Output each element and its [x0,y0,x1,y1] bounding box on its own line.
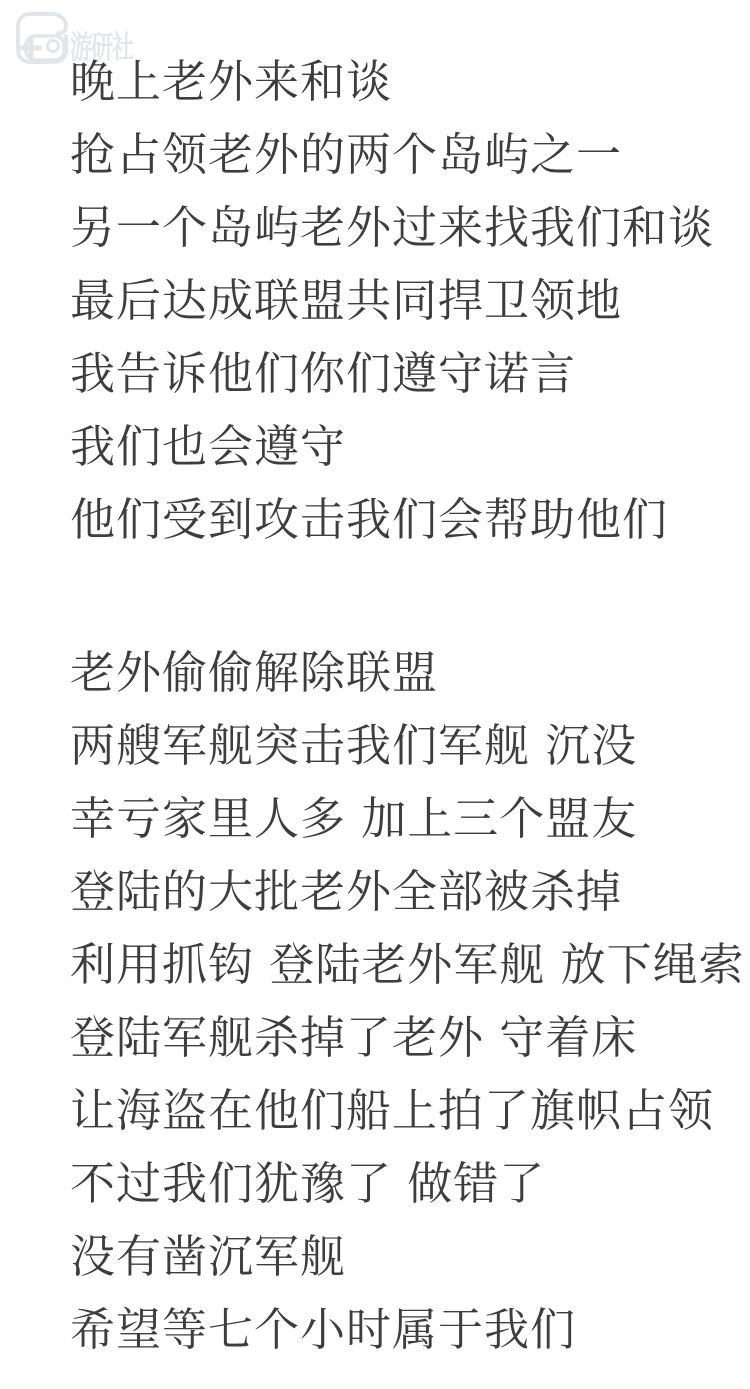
text-line: 让海盗在他们船上拍了旗帜占领 [70,1074,750,1147]
text-line: 两艘军舰突击我们军舰 沉没 [70,709,750,782]
gamepad-icon [16,10,70,66]
text-line: 晚上老外来和谈 [70,45,750,118]
text-line: 登陆军舰杀掉了老外 守着床 [70,1001,750,1074]
text-line: 最后达成联盟共同捍卫领地 [70,264,750,337]
text-line: 抢占领老外的两个岛屿之一 [70,118,750,191]
text-line: 老外偷偷解除联盟 [70,636,750,709]
note-text: 晚上老外来和谈抢占领老外的两个岛屿之一另一个岛屿老外过来找我们和谈最后达成联盟共… [70,45,750,1366]
text-line: 我告诉他们你们遵守诺言 [70,337,750,410]
text-line: 不过我们犹豫了 做错了 [70,1147,750,1220]
paragraph-1: 晚上老外来和谈抢占领老外的两个岛屿之一另一个岛屿老外过来找我们和谈最后达成联盟共… [70,45,750,556]
text-line: 没有凿沉军舰 [70,1220,750,1293]
paragraph-2: 老外偷偷解除联盟两艘军舰突击我们军舰 沉没幸亏家里人多 加上三个盟友登陆的大批老… [70,636,750,1366]
text-line: 利用抓钩 登陆老外军舰 放下绳索 [70,928,750,1001]
text-line: 另一个岛屿老外过来找我们和谈 [70,191,750,264]
text-line: 幸亏家里人多 加上三个盟友 [70,782,750,855]
text-line: 我们也会遵守 [70,410,750,483]
text-line: 登陆的大批老外全部被杀掉 [70,855,750,928]
text-line: 他们受到攻击我们会帮助他们 [70,483,750,556]
text-line: 希望等七个小时属于我们 [70,1293,750,1366]
